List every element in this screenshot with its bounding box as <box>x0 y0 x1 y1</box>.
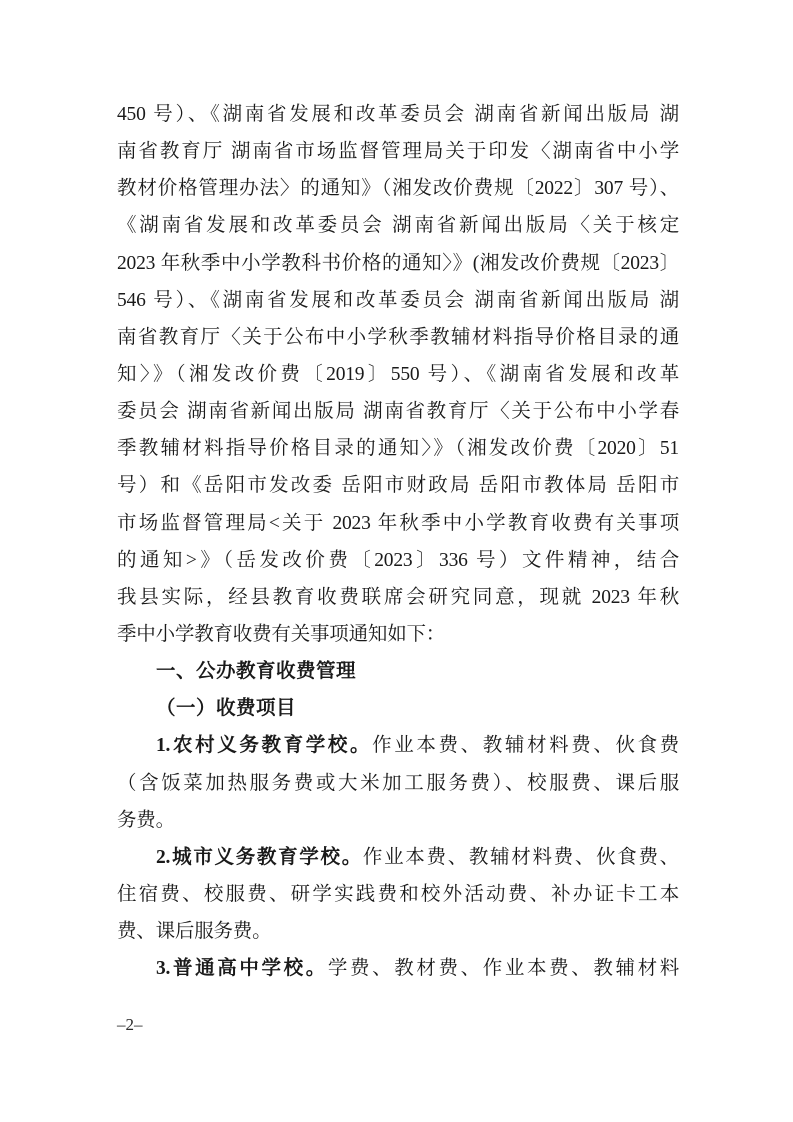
document-line: 市场监督管理局<关于 2023 年秋季中小学教育收费有关事项 <box>117 505 679 542</box>
item-lead: 3.普通高中学校。 <box>156 958 328 979</box>
line-text: 2023 年秋季中小学教科书价格的通知〉》(湘发改价费规〔2023〕 <box>117 253 679 274</box>
document-line: 450 号）、《湖南省发展和改革委员会 湖南省新闻出版局 湖 <box>117 96 679 133</box>
line-text: 学费、教材费、作业本费、教辅材料 <box>328 958 679 979</box>
line-text: 《湖南省发展和改革委员会 湖南省新闻出版局〈关于核定 <box>117 215 679 236</box>
document-line: 我县实际，经县教育收费联席会研究同意，现就 2023 年秋 <box>117 579 679 616</box>
document-line: 2023 年秋季中小学教科书价格的通知〉》(湘发改价费规〔2023〕 <box>117 245 679 282</box>
text-block: 450 号）、《湖南省发展和改革委员会 湖南省新闻出版局 湖南省教育厅 湖南省市… <box>117 96 679 987</box>
line-text: 作业本费、教辅材料费、伙食费、 <box>363 847 679 868</box>
line-text: 南省教育厅 湖南省市场监督管理局关于印发〈湖南省中小学 <box>117 141 679 162</box>
line-text: 546 号）、《湖南省发展和改革委员会 湖南省新闻出版局 湖 <box>117 290 679 311</box>
document-line: 南省教育厅 湖南省市场监督管理局关于印发〈湖南省中小学 <box>117 133 679 170</box>
document-line: 1.农村义务教育学校。作业本费、教辅材料费、伙食费 <box>117 727 679 764</box>
document-line: 《湖南省发展和改革委员会 湖南省新闻出版局〈关于核定 <box>117 207 679 244</box>
item-lead: 1.农村义务教育学校。 <box>156 735 372 756</box>
section-heading: （一）收费项目 <box>117 690 679 727</box>
document-page: 450 号）、《湖南省发展和改革委员会 湖南省新闻出版局 湖南省教育厅 湖南省市… <box>0 0 793 1122</box>
document-line: 季中小学教育收费有关事项通知如下： <box>117 616 679 653</box>
line-text: （含饭菜加热服务费或大米加工服务费）、校服费、课后服 <box>117 773 679 794</box>
page-number: –2– <box>117 1013 143 1037</box>
line-text: 号）和《岳阳市发改委 岳阳市财政局 岳阳市教体局 岳阳市 <box>117 475 679 496</box>
document-line: 的通知>》（岳发改价费〔2023〕336 号）文件精神，结合 <box>117 542 679 579</box>
document-line: 教材价格管理办法〉的通知》（湘发改价费规〔2022〕307 号）、 <box>117 170 679 207</box>
line-text: 住宿费、校服费、研学实践费和校外活动费、补办证卡工本 <box>117 884 679 905</box>
line-text: 教材价格管理办法〉的通知》（湘发改价费规〔2022〕307 号）、 <box>117 178 679 199</box>
line-text: 南省教育厅〈关于公布中小学秋季教辅材料指导价格目录的通 <box>117 327 679 348</box>
document-line: 季教辅材料指导价格目录的通知〉》（湘发改价费〔2020〕51 <box>117 430 679 467</box>
document-line: 3.普通高中学校。学费、教材费、作业本费、教辅材料 <box>117 950 679 987</box>
line-text: 费、课后服务费。 <box>117 921 271 942</box>
line-text: 务费。 <box>117 810 175 831</box>
line-text: 季中小学教育收费有关事项通知如下： <box>117 624 445 645</box>
line-text: 委员会 湖南省新闻出版局 湖南省教育厅〈关于公布中小学春 <box>117 401 679 422</box>
document-line: 南省教育厅〈关于公布中小学秋季教辅材料指导价格目录的通 <box>117 319 679 356</box>
line-text: 一、公办教育收费管理 <box>156 660 356 682</box>
document-line: （含饭菜加热服务费或大米加工服务费）、校服费、课后服 <box>117 765 679 802</box>
line-text: 的通知>》（岳发改价费〔2023〕336 号）文件精神，结合 <box>117 550 679 571</box>
document-line: 住宿费、校服费、研学实践费和校外活动费、补办证卡工本 <box>117 876 679 913</box>
line-text: 450 号）、《湖南省发展和改革委员会 湖南省新闻出版局 湖 <box>117 104 679 125</box>
document-line: 2.城市义务教育学校。作业本费、教辅材料费、伙食费、 <box>117 839 679 876</box>
document-line: 号）和《岳阳市发改委 岳阳市财政局 岳阳市教体局 岳阳市 <box>117 467 679 504</box>
document-line: 费、课后服务费。 <box>117 913 679 950</box>
item-lead: 2.城市义务教育学校。 <box>156 847 363 868</box>
line-text: （一）收费项目 <box>156 697 296 719</box>
line-text: 市场监督管理局<关于 2023 年秋季中小学教育收费有关事项 <box>117 513 679 534</box>
line-text: 作业本费、教辅材料费、伙食费 <box>372 735 679 756</box>
document-line: 务费。 <box>117 802 679 839</box>
document-line: 546 号）、《湖南省发展和改革委员会 湖南省新闻出版局 湖 <box>117 282 679 319</box>
line-text: 季教辅材料指导价格目录的通知〉》（湘发改价费〔2020〕51 <box>117 438 679 459</box>
document-line: 委员会 湖南省新闻出版局 湖南省教育厅〈关于公布中小学春 <box>117 393 679 430</box>
document-line: 知〉》（湘发改价费〔2019〕550 号）、《湖南省发展和改革 <box>117 356 679 393</box>
line-text: 我县实际，经县教育收费联席会研究同意，现就 2023 年秋 <box>117 587 679 608</box>
section-heading: 一、公办教育收费管理 <box>117 653 679 690</box>
line-text: 知〉》（湘发改价费〔2019〕550 号）、《湖南省发展和改革 <box>117 364 679 385</box>
